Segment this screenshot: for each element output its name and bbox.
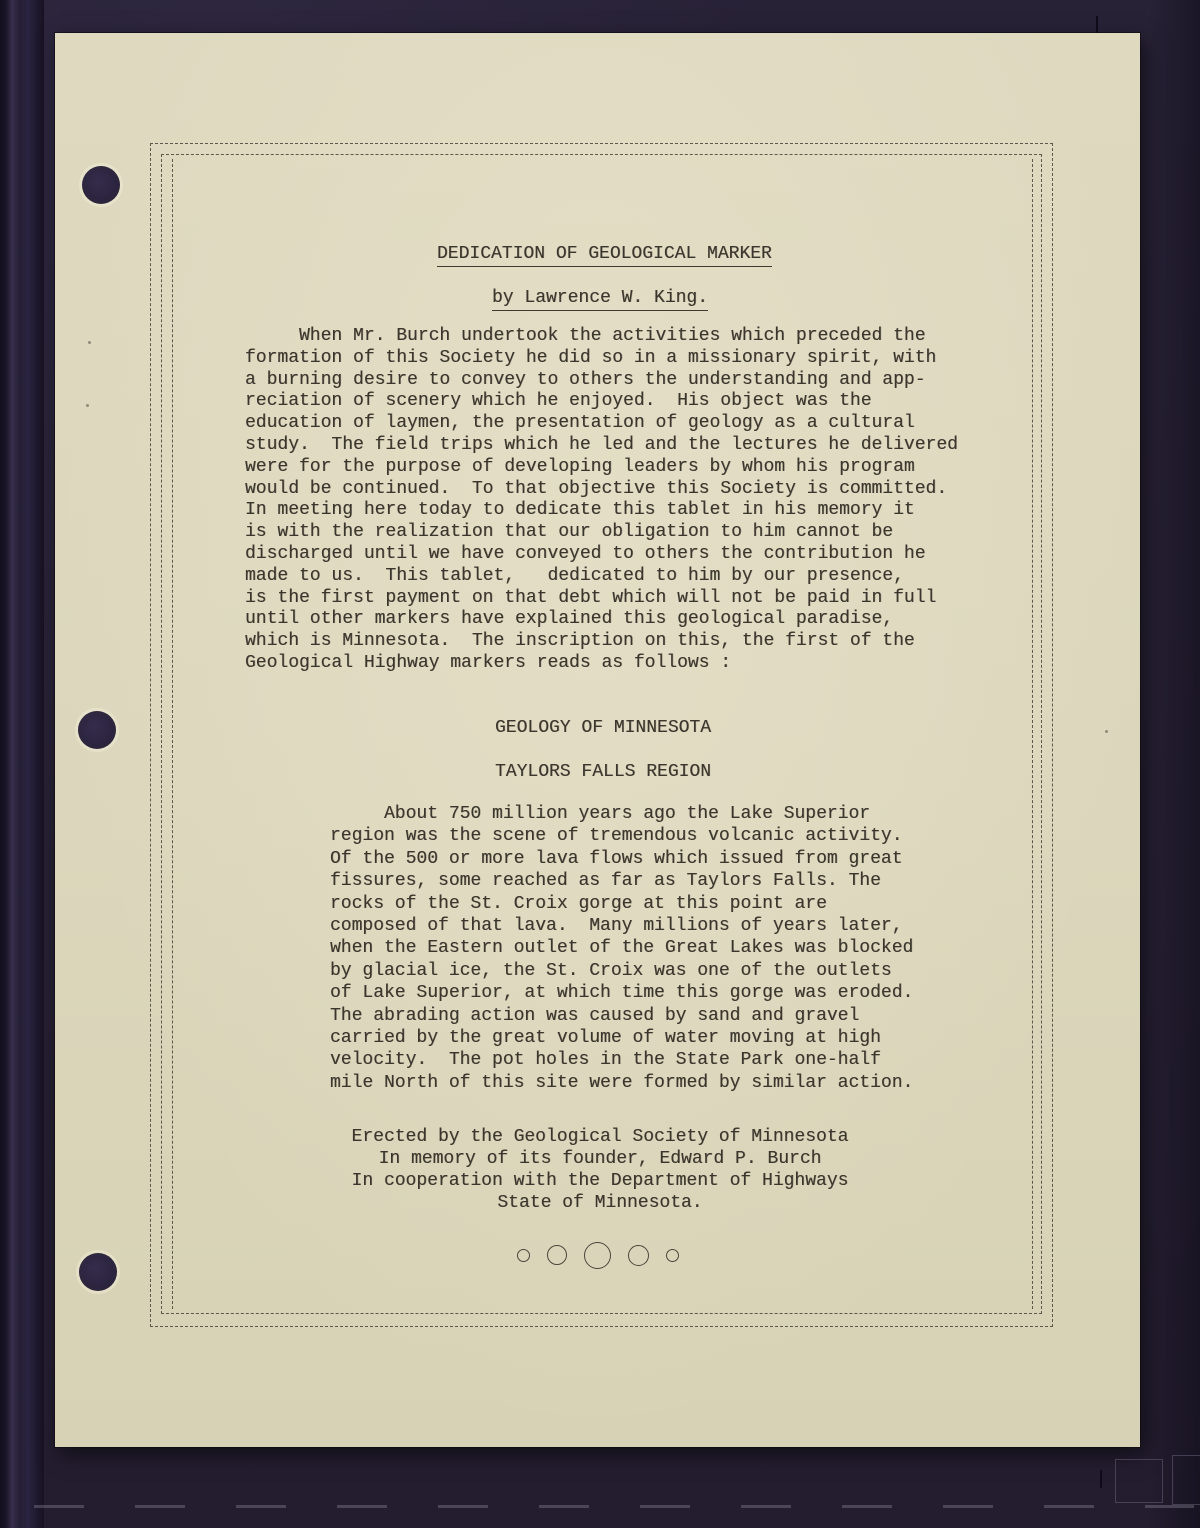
- scan-edge-shadow: [1148, 0, 1200, 1528]
- body-paragraph-dedication: When Mr. Burch undertook the activities …: [245, 326, 958, 675]
- circle-icon: [666, 1249, 679, 1262]
- hole-punch: [78, 711, 116, 749]
- section-heading-region: TAYLORS FALLS REGION: [495, 762, 711, 782]
- hole-punch: [82, 166, 120, 204]
- section-heading-geology: GEOLOGY OF MINNESOTA: [495, 718, 711, 738]
- scan-artifact-rect: [1172, 1455, 1200, 1505]
- body-paragraph-inscription: About 750 million years ago the Lake Sup…: [330, 803, 913, 1094]
- paper-speck: [86, 404, 89, 407]
- scan-artifact-rect: [1115, 1459, 1163, 1503]
- credit-block: Erected by the Geological Society of Min…: [245, 1126, 955, 1214]
- book-spine: [0, 0, 44, 1528]
- circle-icon: [584, 1242, 611, 1269]
- circle-icon: [517, 1249, 530, 1262]
- document-page: DEDICATION OF GEOLOGICAL MARKER by Lawre…: [55, 33, 1140, 1447]
- scan-bottom-marks: [34, 1505, 1194, 1508]
- paper-speck: [1105, 730, 1108, 733]
- circle-icon: [547, 1245, 567, 1265]
- paper-speck: [88, 341, 91, 344]
- circle-icon: [628, 1245, 649, 1266]
- document-title: DEDICATION OF GEOLOGICAL MARKER: [437, 244, 772, 267]
- circle-ornament: [55, 1239, 1140, 1271]
- page-background: DEDICATION OF GEOLOGICAL MARKER by Lawre…: [0, 0, 1200, 1528]
- scan-artifact-tick: [1100, 1470, 1102, 1488]
- document-byline: by Lawrence W. King.: [492, 288, 708, 311]
